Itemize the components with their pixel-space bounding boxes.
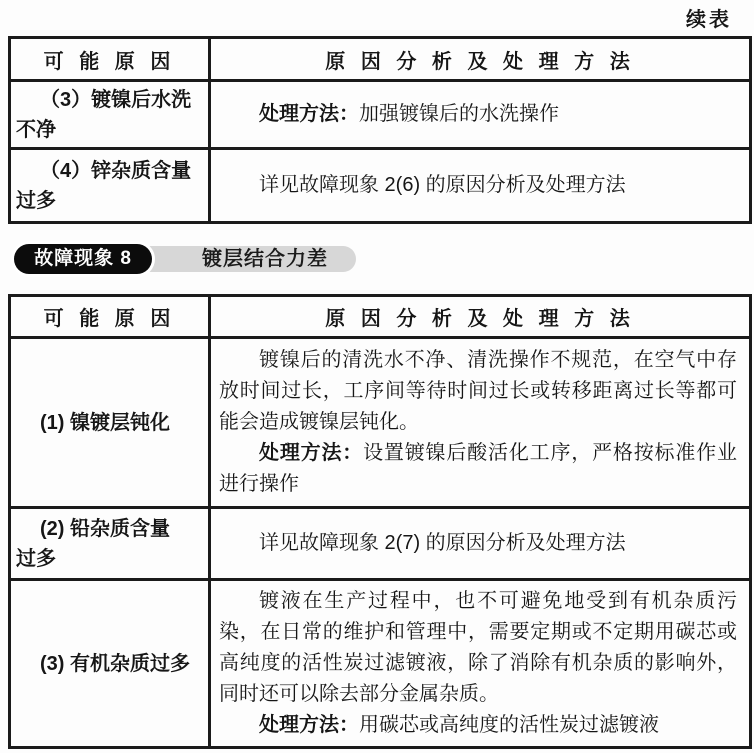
analysis-cell: 镀液在生产过程中，也不可避免地受到有机杂质污染，在日常的维护和管理中，需要定期或…	[210, 580, 751, 748]
header-possible-cause: 可 能 原 因	[10, 38, 210, 81]
method-label: 处理方法：	[259, 714, 359, 736]
analysis-paragraph: 详见故障现象 2(6) 的原因分析及处理方法	[219, 170, 737, 201]
table-row: （4）锌杂质含量 过多 详见故障现象 2(6) 的原因分析及处理方法	[10, 149, 751, 223]
fault-table-continued: 可 能 原 因 原 因 分 析 及 处 理 方 法 （3）镀镍后水洗 不净 处理…	[8, 36, 752, 224]
analysis-paragraph: 处理方法：用碳芯或高纯度的活性炭过滤镀液	[219, 710, 737, 741]
table-row: (1) 镍镀层钝化 镀镍后的清洗水不净、清洗操作不规范，在空气中存放时间过长，工…	[10, 338, 751, 508]
header-possible-cause: 可 能 原 因	[10, 296, 210, 338]
table-row: (3) 有机杂质过多 镀液在生产过程中，也不可避免地受到有机杂质污染，在日常的维…	[10, 580, 751, 748]
analysis-text: 用碳芯或高纯度的活性炭过滤镀液	[359, 714, 659, 736]
analysis-cell: 详见故障现象 2(7) 的原因分析及处理方法	[210, 508, 751, 580]
cause-cell: (1) 镍镀层钝化	[10, 338, 210, 508]
cause-text: （4）锌杂质含量	[16, 156, 196, 186]
fault-number-badge: 故障现象 8	[14, 244, 152, 274]
method-label: 处理方法：	[259, 442, 363, 464]
analysis-paragraph: 详见故障现象 2(7) 的原因分析及处理方法	[219, 528, 737, 559]
cause-text: (1) 镍镀层钝化	[16, 408, 196, 438]
analysis-text: 详见故障现象 2(6) 的原因分析及处理方法	[259, 174, 626, 196]
table-header-row: 可 能 原 因 原 因 分 析 及 处 理 方 法	[10, 296, 751, 338]
table-row: (2) 铅杂质含量 过多 详见故障现象 2(7) 的原因分析及处理方法	[10, 508, 751, 580]
cause-text: 过多	[16, 186, 196, 216]
analysis-paragraph: 镀镍后的清洗水不净、清洗操作不规范，在空气中存放时间过长，工序间等待时间过长或转…	[219, 345, 737, 438]
analysis-text: 镀液在生产过程中，也不可避免地受到有机杂质污染，在日常的维护和管理中，需要定期或…	[219, 590, 737, 705]
method-label: 处理方法：	[259, 103, 359, 125]
analysis-text: 详见故障现象 2(7) 的原因分析及处理方法	[259, 532, 626, 554]
analysis-paragraph: 处理方法：设置镀镍后酸活化工序，严格按标准作业进行操作	[219, 438, 737, 500]
analysis-text: 镀镍后的清洗水不净、清洗操作不规范，在空气中存放时间过长，工序间等待时间过长或转…	[219, 349, 737, 433]
cause-text: （3）镀镍后水洗	[16, 85, 196, 115]
cause-cell: (2) 铅杂质含量 过多	[10, 508, 210, 580]
cause-text: 不净	[16, 115, 196, 145]
table-header-row: 可 能 原 因 原 因 分 析 及 处 理 方 法	[10, 38, 751, 81]
analysis-text: 加强镀镍后的水洗操作	[359, 103, 559, 125]
scanned-book-page: 续表 可 能 原 因 原 因 分 析 及 处 理 方 法 （3）镀镍后水洗 不净…	[0, 0, 754, 753]
cause-text: (2) 铅杂质含量	[16, 514, 196, 544]
analysis-cell: 处理方法：加强镀镍后的水洗操作	[210, 81, 751, 149]
cause-cell: （4）锌杂质含量 过多	[10, 149, 210, 223]
table-row: （3）镀镍后水洗 不净 处理方法：加强镀镍后的水洗操作	[10, 81, 751, 149]
cause-text: (3) 有机杂质过多	[16, 649, 196, 679]
header-analysis-method: 原 因 分 析 及 处 理 方 法	[210, 38, 751, 81]
cause-cell: (3) 有机杂质过多	[10, 580, 210, 748]
cause-cell: （3）镀镍后水洗 不净	[10, 81, 210, 149]
section-heading: 镀层结合力差 故障现象 8	[14, 244, 740, 274]
analysis-paragraph: 处理方法：加强镀镍后的水洗操作	[219, 99, 737, 130]
analysis-cell: 镀镍后的清洗水不净、清洗操作不规范，在空气中存放时间过长，工序间等待时间过长或转…	[210, 338, 751, 508]
analysis-paragraph: 镀液在生产过程中，也不可避免地受到有机杂质污染，在日常的维护和管理中，需要定期或…	[219, 586, 737, 710]
cause-text: 过多	[16, 544, 196, 574]
section-title: 镀层结合力差	[174, 246, 356, 272]
header-analysis-method: 原 因 分 析 及 处 理 方 法	[210, 296, 751, 338]
fault-table-8: 可 能 原 因 原 因 分 析 及 处 理 方 法 (1) 镍镀层钝化 镀镍后的…	[8, 294, 752, 749]
continued-table-label: 续表	[686, 3, 732, 32]
analysis-cell: 详见故障现象 2(6) 的原因分析及处理方法	[210, 149, 751, 223]
